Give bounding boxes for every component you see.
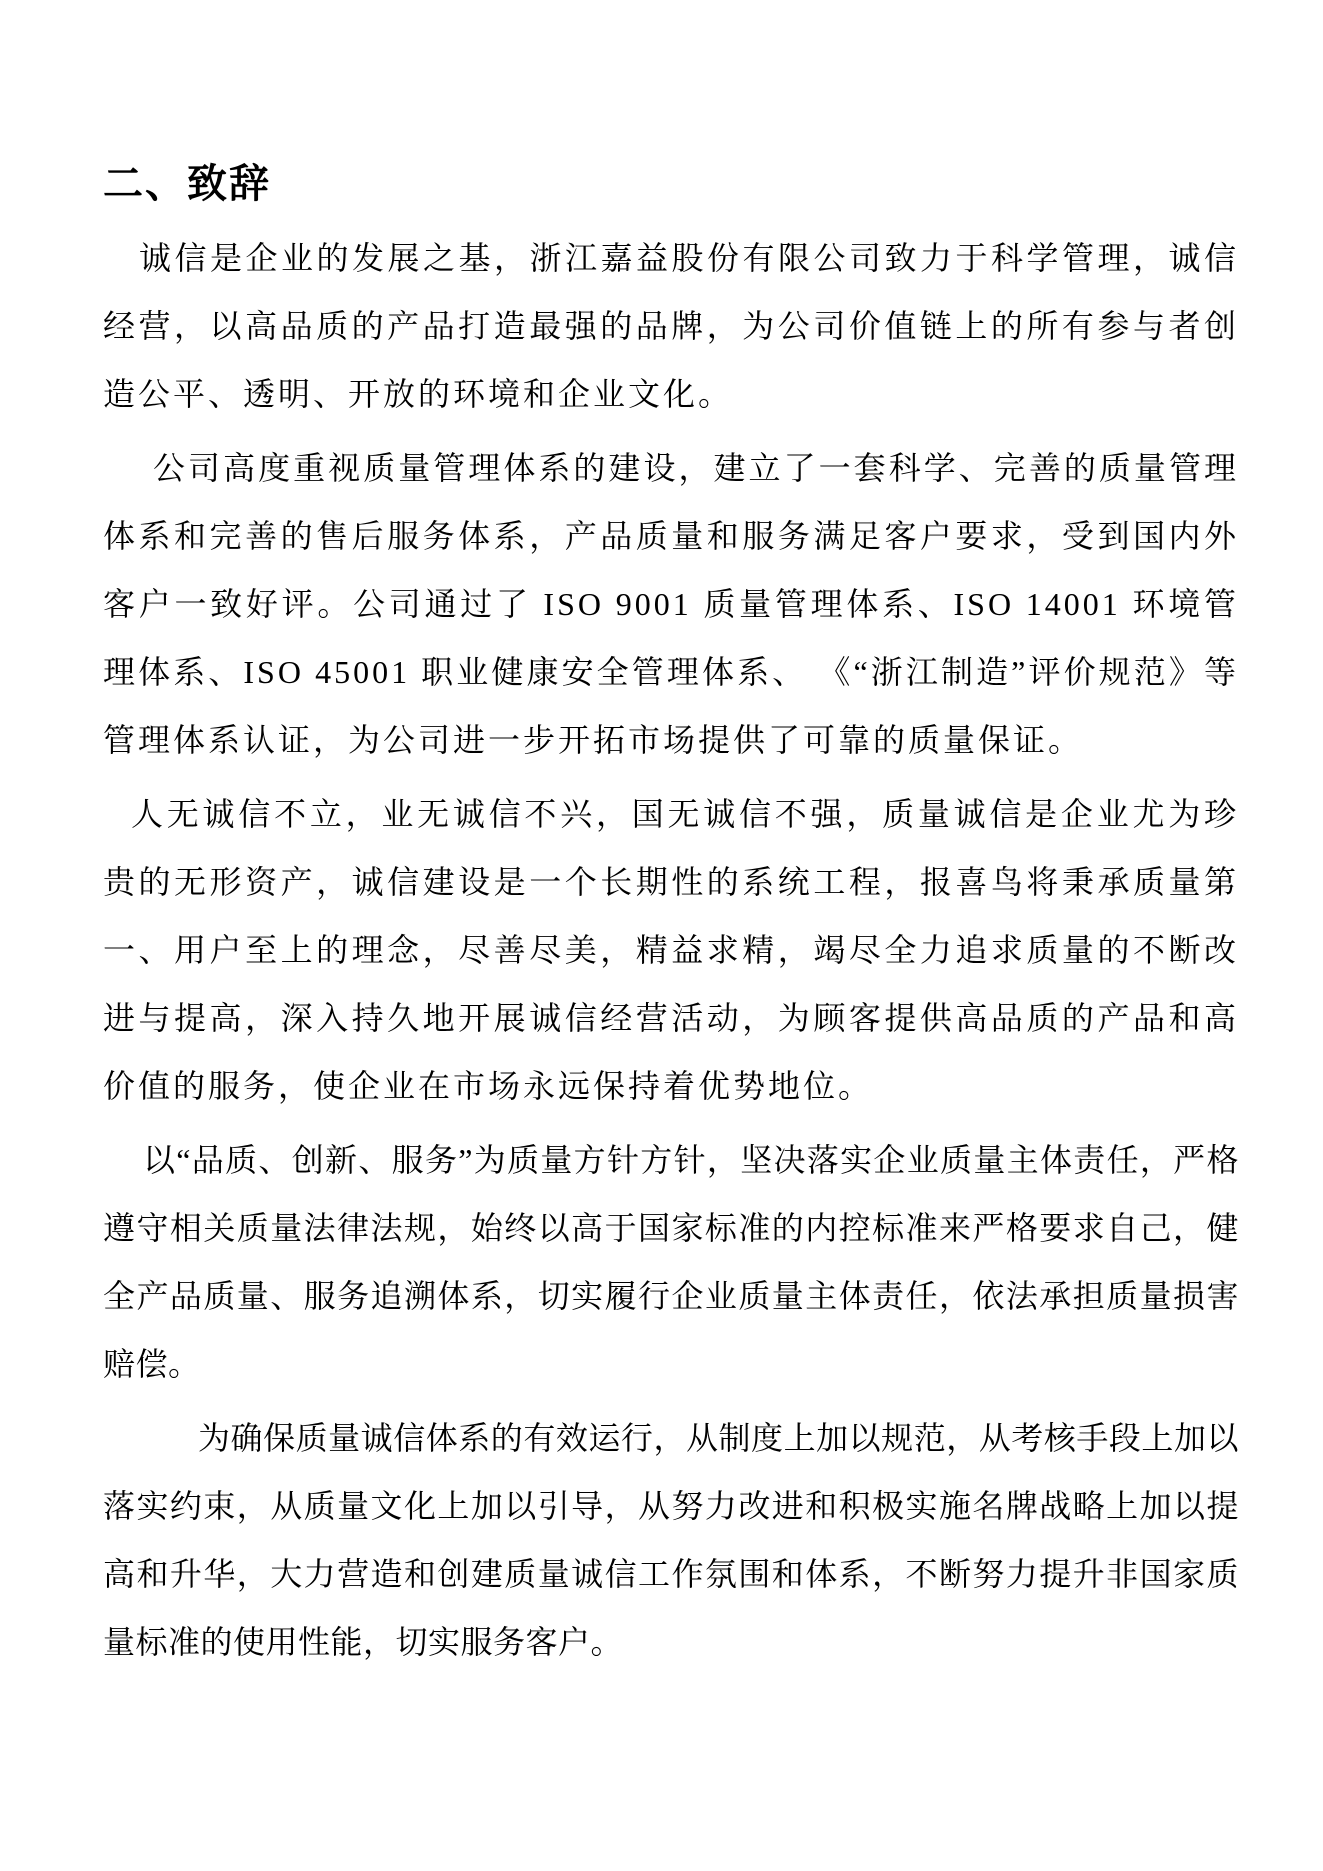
paragraph-integrity-asset: 人无诚信不立，业无诚信不兴，国无诚信不强，质量诚信是企业尤为珍贵的无形资产，诚信…	[103, 780, 1239, 1120]
paragraph-quality-integrity-operation: 为确保质量诚信体系的有效运行，从制度上加以规范，从考核手段上加以落实约束，从质量…	[103, 1404, 1239, 1676]
paragraph-integrity-foundation: 诚信是企业的发展之基，浙江嘉益股份有限公司致力于科学管理，诚信经营，以高品质的产…	[103, 224, 1239, 428]
paragraph-quality-policy: 以“品质、创新、服务”为质量方针方针，坚决落实企业质量主体责任，严格遵守相关质量…	[103, 1126, 1239, 1398]
paragraph-quality-system-certifications: 公司高度重视质量管理体系的建设，建立了一套科学、完善的质量管理体系和完善的售后服…	[103, 434, 1239, 774]
section-title: 二、致辞	[103, 160, 1239, 208]
document-page: 二、致辞 诚信是企业的发展之基，浙江嘉益股份有限公司致力于科学管理，诚信经营，以…	[0, 0, 1323, 1871]
